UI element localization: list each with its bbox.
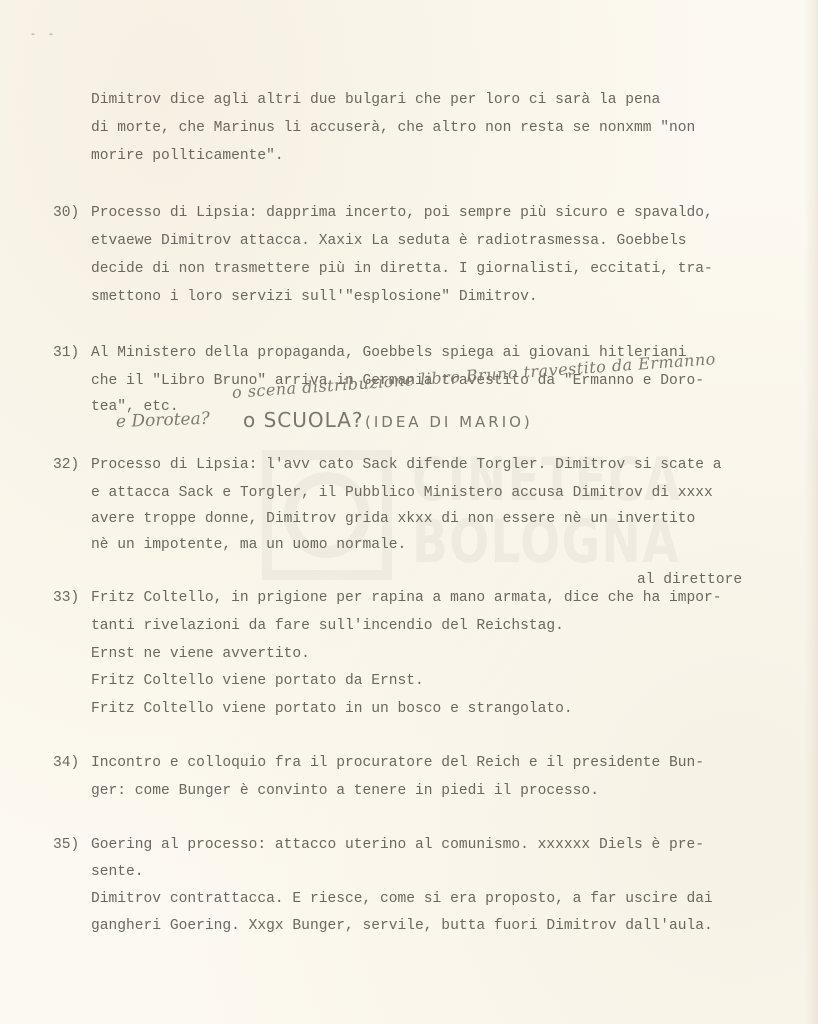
intro-line: di morte, che Marinus li accuserà, che a… [91, 119, 695, 137]
intro-line: morire pollticamente". [91, 147, 284, 165]
corner-marks: - - [30, 30, 57, 41]
scene-line: smettono i loro servizi sull'"esplosione… [91, 288, 538, 306]
scene-line: Goering al processo: attacco uterino al … [91, 836, 704, 854]
scene-number: 31) [53, 344, 79, 362]
handwritten-note-caps: o SCUOLA? [243, 408, 364, 432]
handwritten-note-line2: e Dorotea? [116, 409, 210, 432]
scene-line: Ernst ne viene avvertito. [91, 645, 310, 663]
handwritten-note-paren: (IDEA DI MARIO) [365, 413, 533, 431]
scene-line: e attacca Sack e Torgler, il Pubblico Mi… [91, 484, 713, 502]
scene-line: Fritz Coltello viene portato da Ernst. [91, 672, 424, 690]
insertion-note: al direttore [637, 571, 742, 589]
scene-line: Processo di Lipsia: dapprima incerto, po… [91, 204, 713, 222]
intro-line: Dimitrov dice agli altri due bulgari che… [91, 91, 660, 109]
scene-line: Incontro e colloquio fra il procuratore … [91, 754, 704, 772]
scene-line: Dimitrov contrattacca. E riesce, come si… [91, 890, 713, 908]
scene-line: etvaewe Dimitrov attacca. Xaxix La sedut… [91, 232, 687, 250]
scene-number: 33) [53, 589, 79, 607]
scene-line: sente. [91, 863, 144, 881]
scene-line: tanti rivelazioni da fare sull'incendio … [91, 617, 564, 635]
scene-number: 32) [53, 456, 79, 474]
scene-line: nè un impotente, ma un uomo normale. [91, 536, 406, 554]
scene-number: 35) [53, 836, 79, 854]
scene-line: decide di non trasmettere più in diretta… [91, 260, 713, 278]
scene-line: Processo di Lipsia: l'avv cato Sack dife… [91, 456, 722, 474]
scene-number: 30) [53, 204, 79, 222]
scene-line: Fritz Coltello viene portato in un bosco… [91, 700, 573, 718]
page-edge-shadow [804, 0, 818, 1024]
scanned-page: - - CINETECA BOLOGNA Dimitrov dice agli … [0, 0, 818, 1024]
scene-line: avere troppe donne, Dimitrov grida xkxx … [91, 510, 695, 528]
scene-number: 34) [53, 754, 79, 772]
scene-line: gangheri Goering. Xxgx Bunger, servile, … [91, 917, 713, 935]
scene-line: ger: come Bunger è convinto a tenere in … [91, 782, 599, 800]
scene-line: Fritz Coltello, in prigione per rapina a… [91, 589, 722, 607]
